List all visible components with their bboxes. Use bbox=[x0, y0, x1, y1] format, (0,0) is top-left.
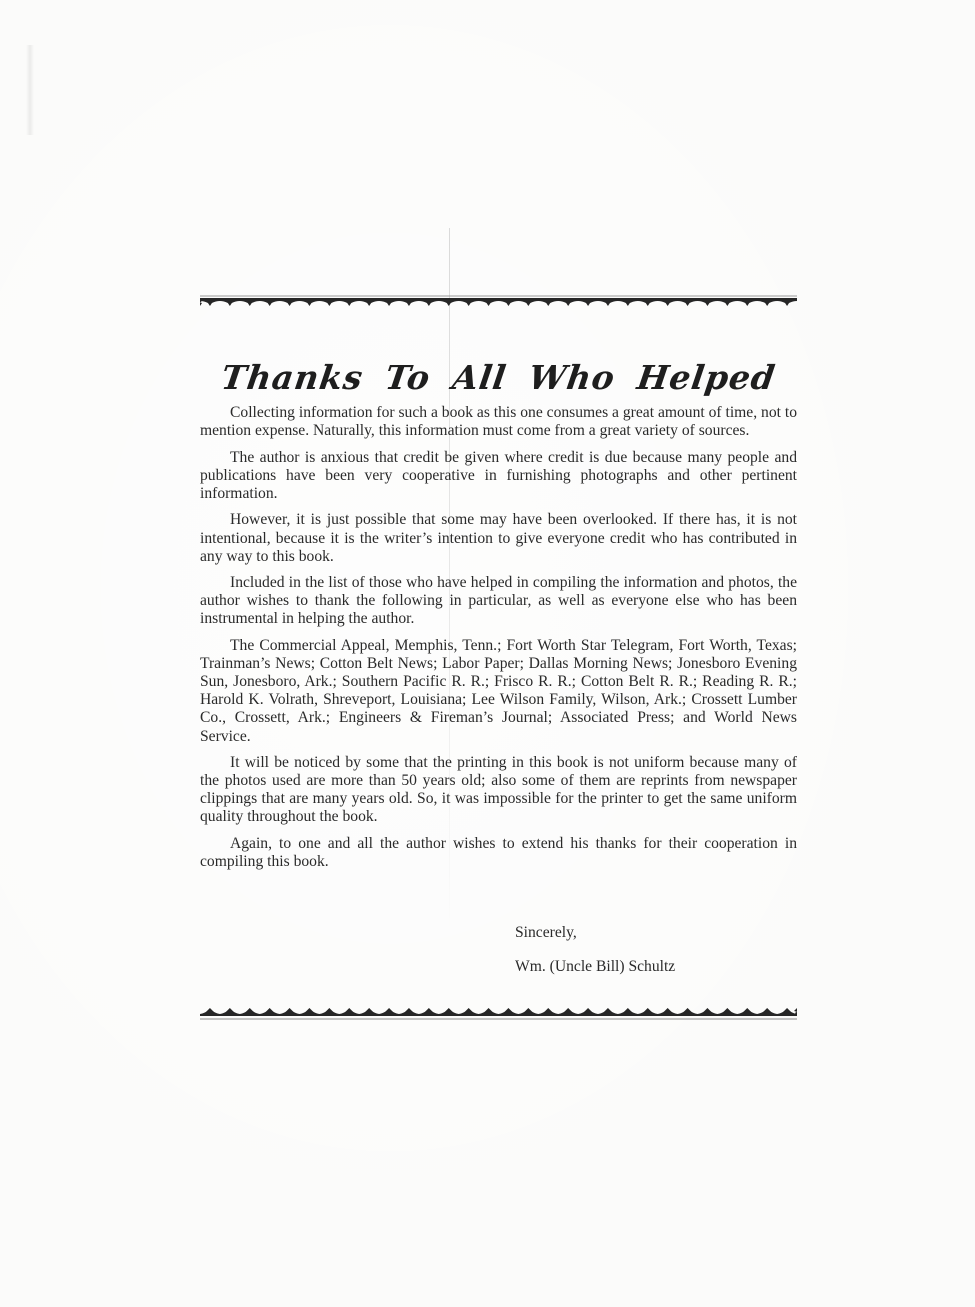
closing-salutation: Sincerely, bbox=[515, 924, 577, 942]
paragraph-overlooked: However, it is just possible that some m… bbox=[200, 511, 797, 565]
paragraph-acknowledgements-list: The Commercial Appeal, Memphis, Tenn.; F… bbox=[200, 637, 797, 746]
page-title: Thanks To All Who Helped bbox=[197, 358, 799, 397]
body-text: Collecting information for such a book a… bbox=[200, 404, 797, 880]
paragraph-print-quality: It will be noticed by some that the prin… bbox=[200, 754, 797, 826]
paragraph-credit: The author is anxious that credit be giv… bbox=[200, 449, 797, 503]
binding-mark bbox=[26, 45, 34, 135]
top-scalloped-border bbox=[200, 292, 797, 312]
paragraph-closing-thanks: Again, to one and all the author wishes … bbox=[200, 835, 797, 871]
paragraph-sources: Collecting information for such a book a… bbox=[200, 404, 797, 440]
author-signature: Wm. (Uncle Bill) Schultz bbox=[515, 958, 675, 976]
bottom-scalloped-border bbox=[200, 1002, 797, 1022]
paragraph-thanks-intro: Included in the list of those who have h… bbox=[200, 574, 797, 628]
